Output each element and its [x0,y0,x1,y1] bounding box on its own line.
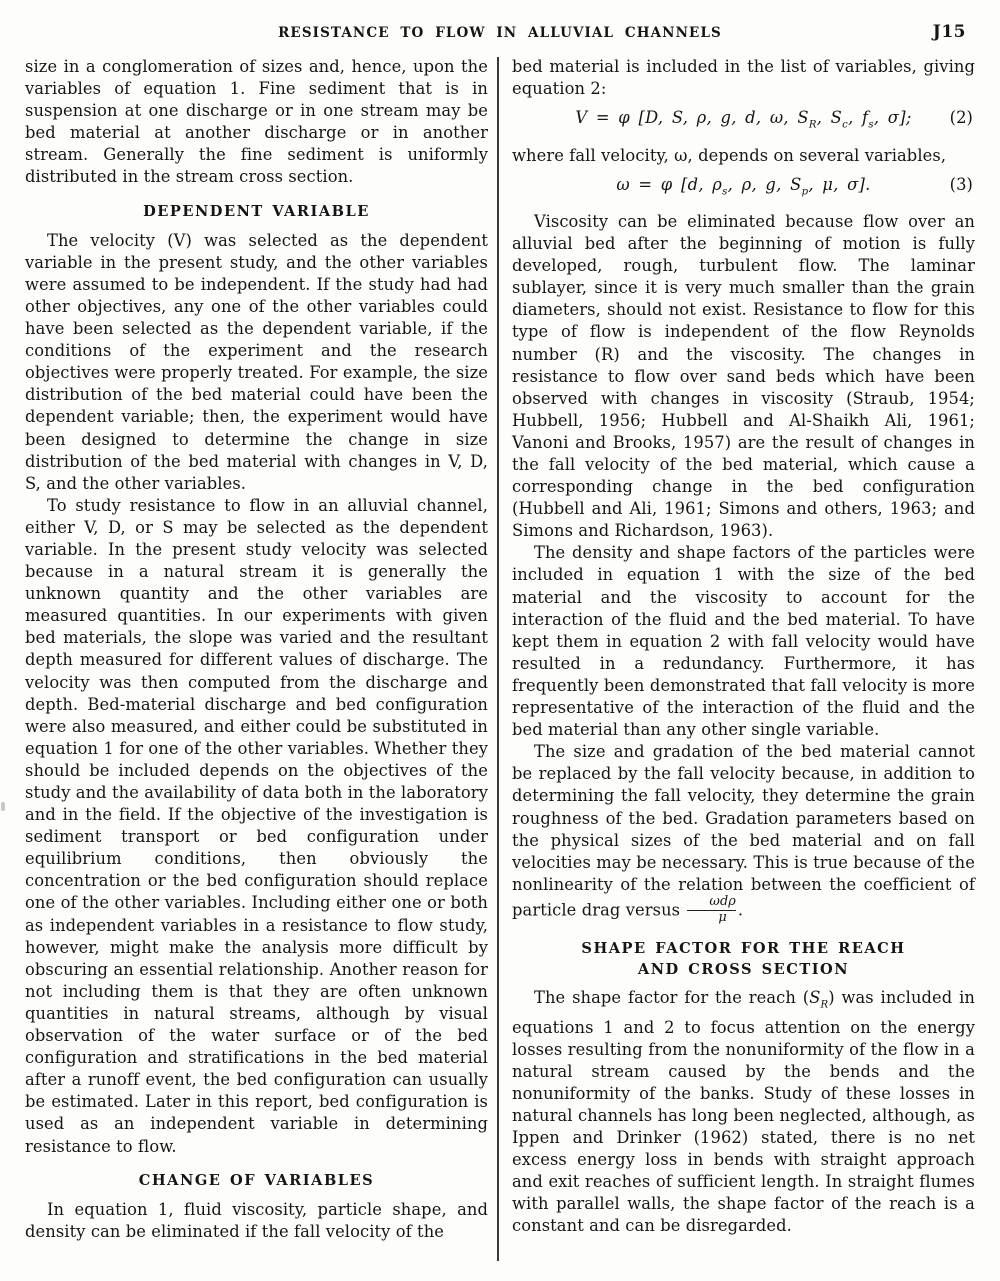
section-heading-shape-factor: SHAPE FACTOR FOR THE REACH AND CROSS SEC… [512,938,975,980]
paragraph-where-fall-velocity: where fall velocity, ω, depends on sever… [512,145,975,167]
equation-2-number: (2) [950,107,973,129]
section-heading-shape-factor-line1: SHAPE FACTOR FOR THE REACH [512,938,975,959]
document-page: RESISTANCE TO FLOW IN ALLUVIAL CHANNELS … [0,0,1000,1281]
paragraph-size-conglomeration: size in a conglomeration of sizes and, h… [25,56,488,189]
equation-2: V = φ [D, S, ρ, g, d, ω, SR, Sc, fs, σ];… [512,107,975,136]
equation-3-number: (3) [950,174,973,196]
paragraph-velocity-selected: The velocity (V) was selected as the dep… [25,230,488,495]
page-number: J15 [933,22,966,42]
paragraph-viscosity-eliminated: Viscosity can be eliminated because flow… [512,211,975,542]
section-heading-shape-factor-line2: AND CROSS SECTION [512,959,975,980]
equation-3: ω = φ [d, ρs, ρ, g, Sp, μ, σ]. (3) [512,174,975,203]
equation-2-body: V = φ [D, S, ρ, g, d, ω, SR, Sc, fs, σ]; [575,108,911,127]
paragraph-density-shape-factors: The density and shape factors of the par… [512,542,975,741]
column-divider-rule [497,57,499,1261]
paragraph-bed-material-list: bed material is included in the list of … [512,56,975,100]
section-heading-change-of-variables: CHANGE OF VARIABLES [25,1170,488,1192]
paragraph-to-study-resistance: To study resistance to flow in an alluvi… [25,495,488,1158]
running-head: RESISTANCE TO FLOW IN ALLUVIAL CHANNELS [0,25,1000,41]
equation-3-body: ω = φ [d, ρs, ρ, g, Sp, μ, σ]. [616,175,870,194]
scan-artifact [1,802,5,811]
paragraph-in-equation-1: In equation 1, fluid viscosity, particle… [25,1199,488,1243]
right-column: bed material is included in the list of … [512,56,975,1238]
section-heading-dependent-variable: DEPENDENT VARIABLE [25,201,488,223]
paragraph-shape-factor-reach: The shape factor for the reach (SR) was … [512,987,975,1237]
paragraph-size-gradation: The size and gradation of the bed materi… [512,741,975,926]
left-column: size in a conglomeration of sizes and, h… [25,56,488,1243]
